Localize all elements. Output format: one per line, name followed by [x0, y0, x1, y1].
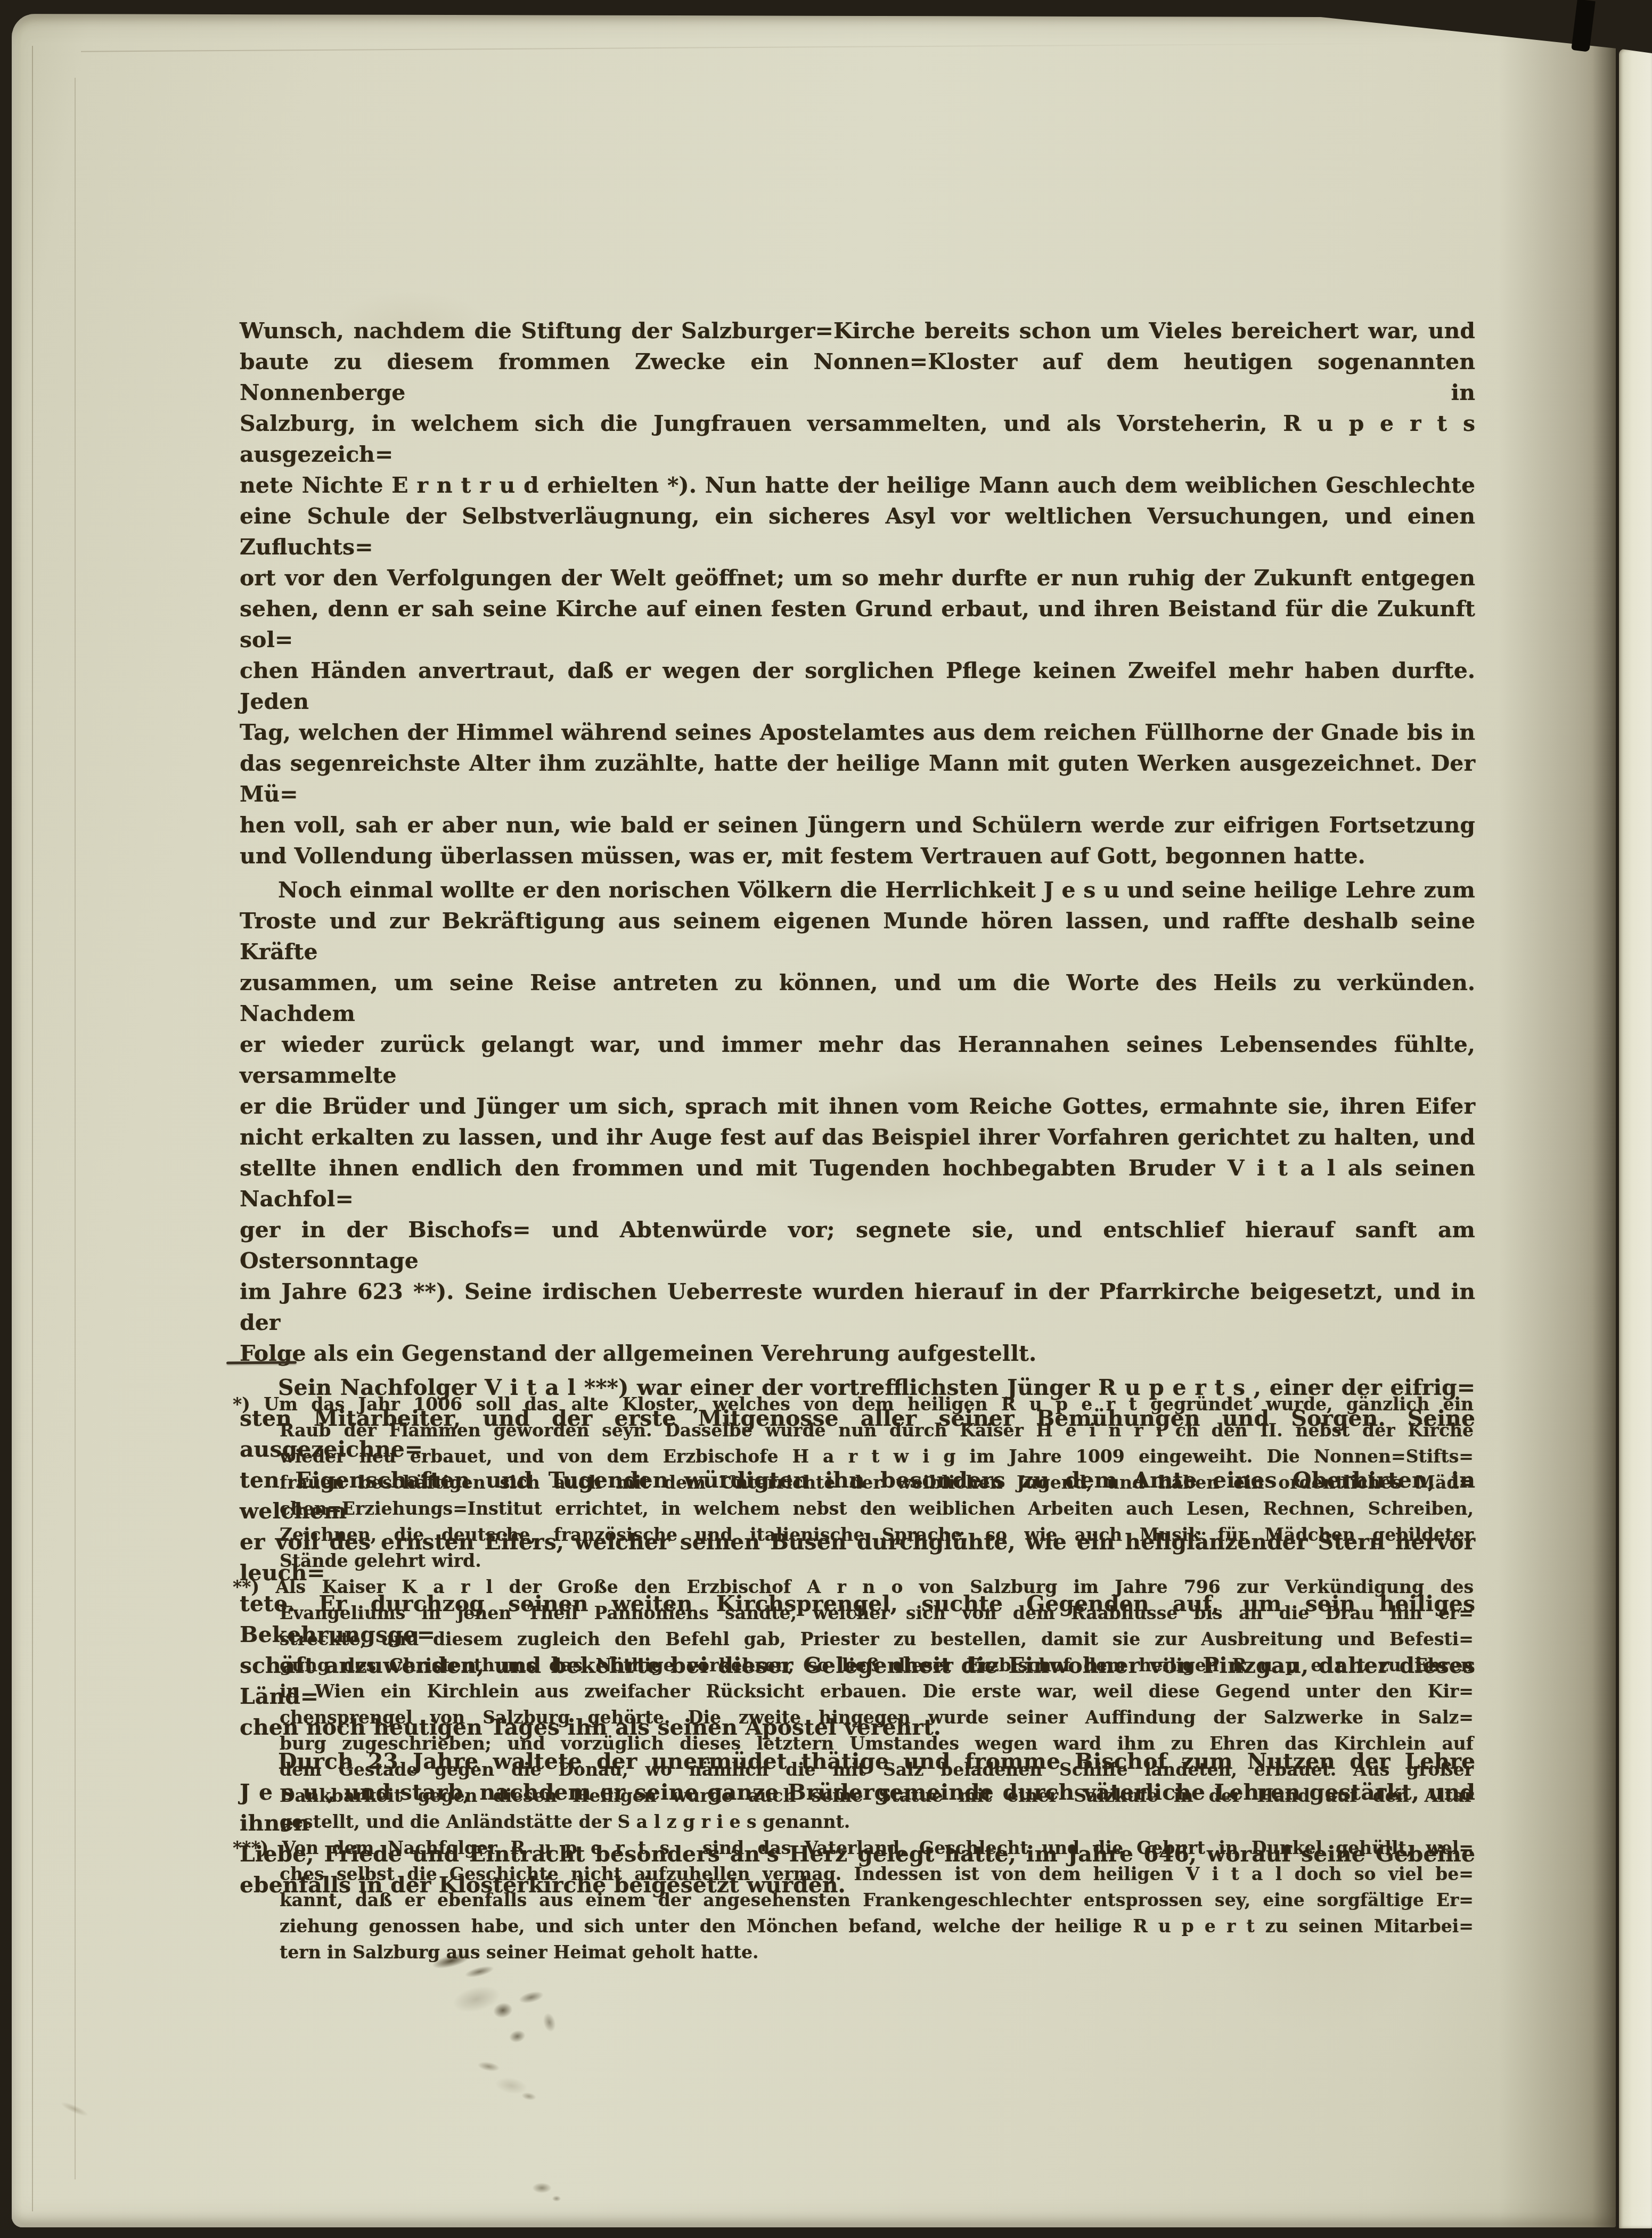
text-line: Dankbarkeit gegen diesen Heiligen wurde …	[280, 1783, 1474, 1809]
text-line: ziehung genossen habe, und sich unter de…	[280, 1913, 1474, 1939]
text-line: das segenreichste Alter ihm zuzählte, ha…	[240, 748, 1475, 810]
text-line: kannt, daß er ebenfalls aus einem der an…	[280, 1887, 1474, 1913]
footnote: *) Um das Jahr 1006 soll das alte Kloste…	[233, 1391, 1474, 1574]
text-line: sehen, denn er sah seine Kirche auf eine…	[240, 593, 1475, 655]
page-edge-line	[32, 46, 33, 2211]
text-line: eine Schule der Selbstverläugnung, ein s…	[240, 501, 1475, 562]
paragraph: Noch einmal wollte er den norischen Völk…	[240, 875, 1475, 1369]
text-line: in Wien ein Kirchlein aus zweifacher Rüc…	[280, 1678, 1474, 1704]
text-line: nete Nichte E r n t r u d erhielten *). …	[240, 470, 1475, 501]
text-line: wieder neu erbauet, und von dem Erzbisch…	[280, 1443, 1474, 1469]
text-line: ches selbst die Geschichte nicht aufzuhe…	[280, 1861, 1474, 1887]
text-line: dem Gestade gegen die Donau, wo nämlich …	[280, 1757, 1474, 1783]
text-line: ort vor den Verfolgungen der Welt geöffn…	[240, 562, 1475, 593]
text-line: Noch einmal wollte er den norischen Völk…	[240, 875, 1475, 905]
text-line: gung des Christenthums das Nöthige vorke…	[280, 1652, 1474, 1678]
text-line: ger in der Bischofs= und Abtenwürde vor;…	[240, 1214, 1475, 1276]
text-line: Raub der Flammen geworden seyn. Dasselbe…	[280, 1417, 1474, 1443]
text-line: *) Um das Jahr 1006 soll das alte Kloste…	[280, 1391, 1474, 1417]
text-line: Evangeliums in jenen Theil Pannoniens sa…	[280, 1600, 1474, 1626]
text-line: streckte, und diesem zugleich den Befehl…	[280, 1626, 1474, 1652]
text-line: Stände gelehrt wird.	[280, 1548, 1474, 1574]
book-scan: Wunsch, nachdem die Stiftung der Salzbur…	[0, 0, 1652, 2238]
text-line: **) Als Kaiser K a r l der Große den Erz…	[280, 1574, 1474, 1600]
text-line: chen Händen anvertraut, daß er wegen der…	[240, 655, 1475, 717]
text-line: Wunsch, nachdem die Stiftung der Salzbur…	[240, 315, 1475, 346]
text-line: er die Brüder und Jünger um sich, sprach…	[240, 1091, 1475, 1122]
text-line: gestellt, und die Anländstätte der S a l…	[280, 1809, 1474, 1835]
footnote: ***) Von dem Nachfolger R u p e r t s , …	[233, 1835, 1474, 1965]
footnote: **) Als Kaiser K a r l der Große den Erz…	[233, 1574, 1474, 1835]
text-line: ***) Von dem Nachfolger R u p e r t s , …	[280, 1835, 1474, 1861]
text-line: Zeichnen, die deutsche, französische und…	[280, 1522, 1474, 1548]
text-line: zusammen, um seine Reise antreten zu kön…	[240, 967, 1475, 1029]
text-line: frauen beschäftigen sich auch mit dem Un…	[280, 1469, 1474, 1496]
text-line: nicht erkalten zu lassen, und ihr Auge f…	[240, 1122, 1475, 1153]
footnotes-block: *) Um das Jahr 1006 soll das alte Kloste…	[233, 1391, 1474, 1965]
text-line: hen voll, sah er aber nun, wie bald er s…	[240, 810, 1475, 840]
text-line: stellte ihnen endlich den frommen und mi…	[240, 1153, 1475, 1214]
text-line: im Jahre 623 **). Seine irdischen Ueberr…	[240, 1276, 1475, 1338]
page-edge-line	[81, 43, 1423, 52]
text-line: Troste und zur Bekräftigung aus seinem e…	[240, 905, 1475, 967]
text-line: er wieder zurück gelangt war, und immer …	[240, 1029, 1475, 1091]
text-line: chensprengel von Salzburg gehörte. Die z…	[280, 1704, 1474, 1730]
text-line: Salzburg, in welchem sich die Jungfrauen…	[240, 408, 1475, 470]
ink-smudge	[516, 2169, 574, 2211]
text-line: burg zugeschrieben; und vorzüglich diese…	[280, 1730, 1474, 1757]
text-line: baute zu diesem frommen Zwecke ein Nonne…	[240, 346, 1475, 408]
text-line: Folge als ein Gegenstand der allgemeinen…	[240, 1338, 1475, 1369]
paragraph: Wunsch, nachdem die Stiftung der Salzbur…	[240, 315, 1475, 871]
text-line: Tag, welchen der Himmel während seines A…	[240, 717, 1475, 748]
text-line: chen=Erziehungs=Institut errichtet, in w…	[280, 1496, 1474, 1522]
page-edge-line	[75, 78, 76, 2179]
adjacent-page-edge	[1619, 49, 1652, 2228]
gutter-shadow	[1499, 14, 1616, 2227]
text-line: und Vollendung überlassen müssen, was er…	[240, 840, 1475, 871]
